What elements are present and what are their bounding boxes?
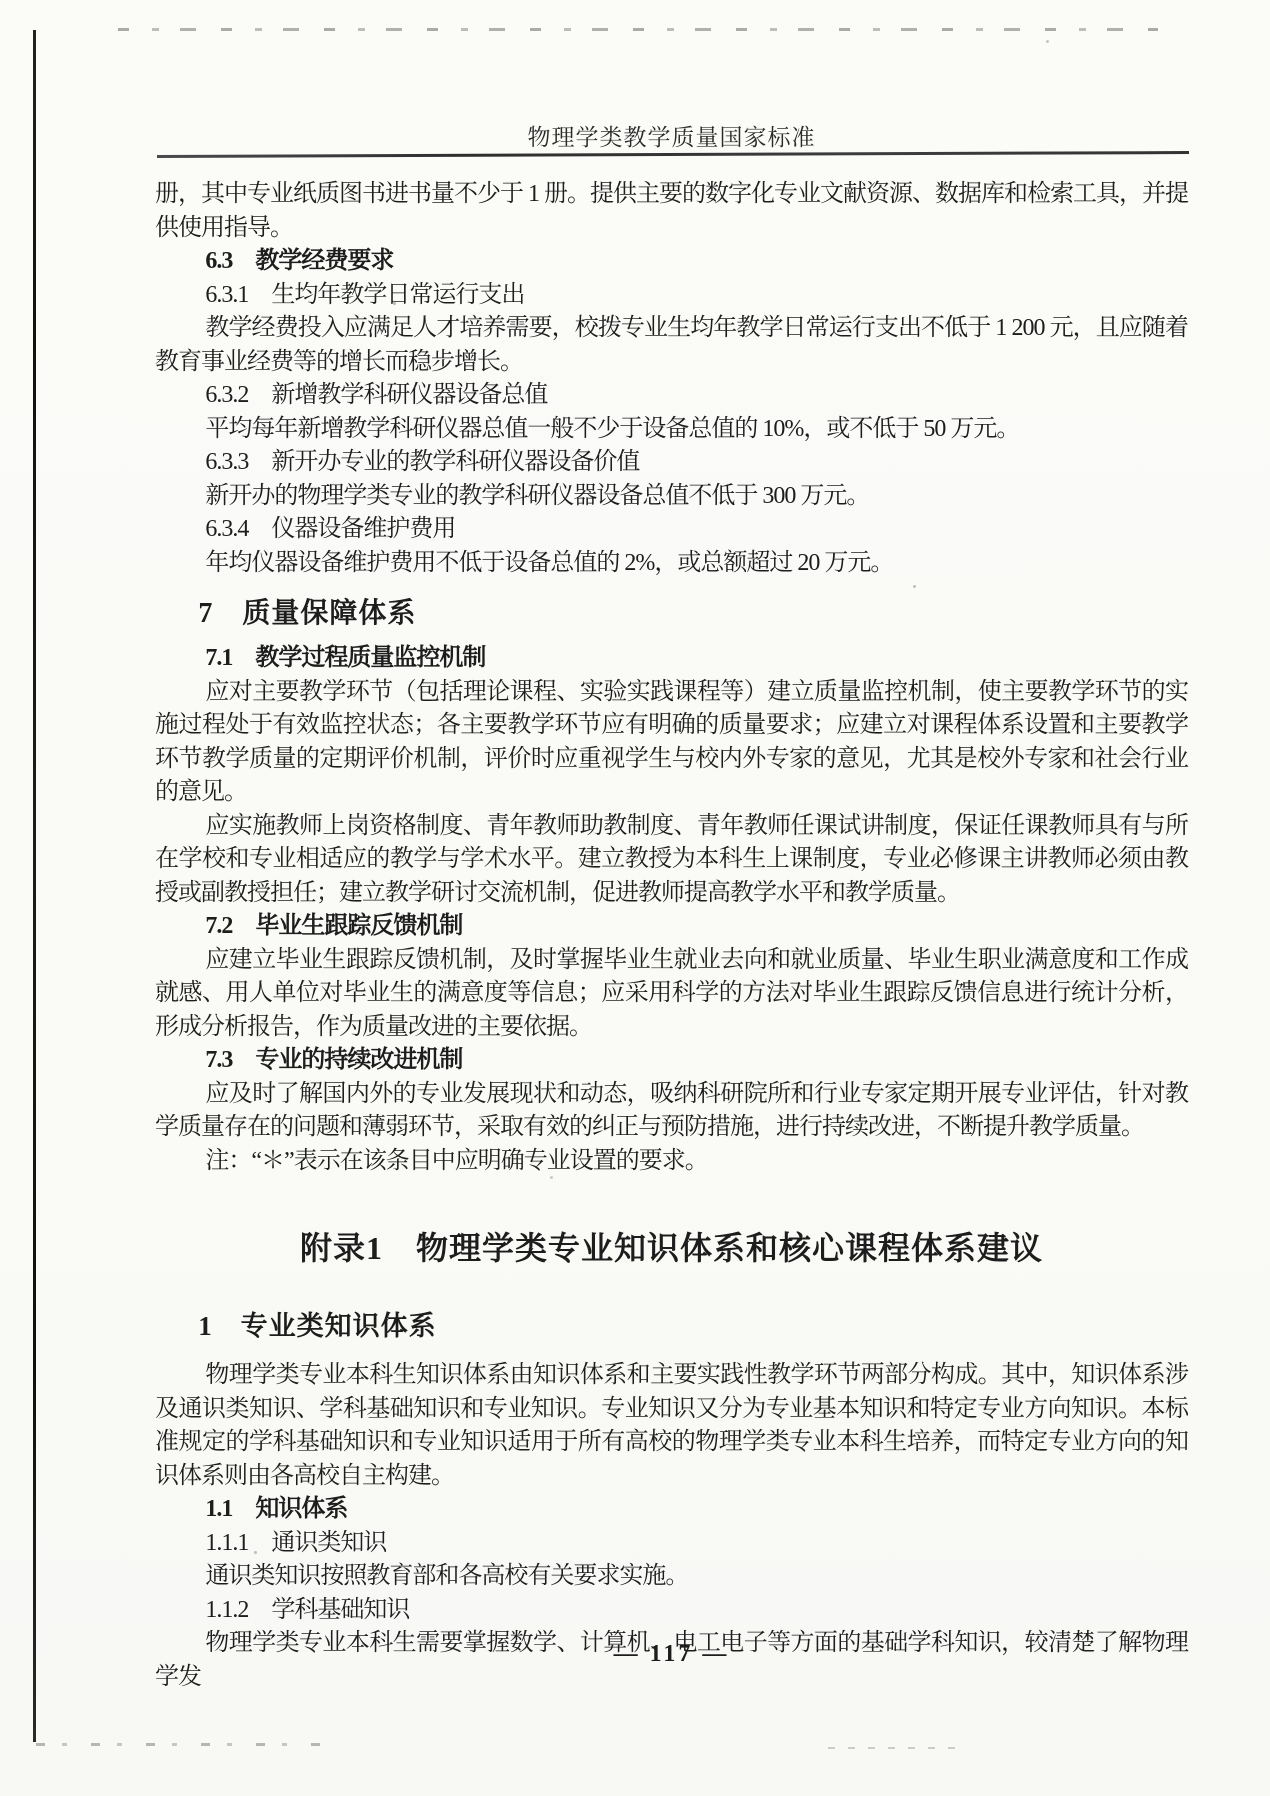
- page-number: — 117 —: [155, 1641, 1188, 1668]
- paragraph-6-3-3: 新开办的物理学类专业的教学科研仪器设备总值不低于 300 万元。: [155, 480, 1188, 514]
- heading-6-3-2: 6.3.2 新增教学科研仪器设备总值: [155, 379, 1188, 413]
- paragraph-7-1-a: 应对主要教学环节（包括理论课程、实验实践课程等）建立质量监控机制，使主要教学环节…: [155, 676, 1188, 810]
- scan-bottom-dotted-mark-right: [828, 1747, 963, 1749]
- document-body: 册，其中专业纸质图书进书量不少于 1 册。提供主要的数字化专业文献资源、数据库和…: [155, 178, 1188, 1694]
- paragraph-7-2: 应建立毕业生跟踪反馈机制，及时掌握毕业生就业去向和就业质量、毕业生职业满意度和工…: [155, 944, 1188, 1045]
- header-rule: [157, 151, 1189, 158]
- heading-7-3: 7.3 专业的持续改进机制: [155, 1044, 1188, 1078]
- paragraph-6-3-4: 年均仪器设备维护费用不低于设备总值的 2%，或总额超过 20 万元。: [155, 547, 1188, 581]
- heading-1-1-1: 1.1.1 通识类知识: [155, 1527, 1188, 1561]
- scan-edge-line: [33, 30, 36, 1742]
- heading-6-3: 6.3 教学经费要求: [155, 245, 1188, 279]
- scan-bottom-dotted-mark-left: [36, 1743, 326, 1746]
- running-header: 物理学类教学质量国家标准: [155, 119, 1188, 152]
- heading-7-1: 7.1 教学过程质量监控机制: [155, 642, 1188, 676]
- heading-1-1-2: 1.1.2 学科基础知识: [155, 1594, 1188, 1628]
- paragraph-1: 物理学类专业本科生知识体系由知识体系和主要实践性教学环节两部分构成。其中，知识体…: [155, 1359, 1188, 1493]
- paragraph-6-3-1: 教学经费投入应满足人才培养需要，校拨专业生均年教学日常运行支出不低于 1 200…: [155, 312, 1188, 379]
- heading-6-3-1: 6.3.1 生均年教学日常运行支出: [155, 279, 1188, 313]
- chapter-heading-1: 1 专业类知识体系: [155, 1308, 1188, 1344]
- heading-6-3-3: 6.3.3 新开办专业的教学科研仪器设备价值: [155, 446, 1188, 480]
- paragraph-7-3: 应及时了解国内外的专业发展现状和动态，吸纳科研院所和行业专家定期开展专业评估，针…: [155, 1078, 1188, 1145]
- heading-6-3-4: 6.3.4 仪器设备维护费用: [155, 513, 1188, 547]
- paragraph-7-1-b: 应实施教师上岗资格制度、青年教师助教制度、青年教师任课试讲制度，保证任课教师具有…: [155, 810, 1188, 911]
- paragraph-1-1-1: 通识类知识按照教育部和各高校有关要求实施。: [155, 1560, 1188, 1594]
- scanned-page: 物理学类教学质量国家标准 册，其中专业纸质图书进书量不少于 1 册。提供主要的数…: [0, 0, 1270, 1796]
- paragraph-6-3-2: 平均每年新增教学科研仪器总值一般不少于设备总值的 10%，或不低于 50 万元。: [155, 413, 1188, 447]
- scan-top-dotted-line: [118, 28, 1158, 31]
- appendix-title: 附录1 物理学类专业知识体系和核心课程体系建议: [155, 1226, 1188, 1270]
- paragraph-continued: 册，其中专业纸质图书进书量不少于 1 册。提供主要的数字化专业文献资源、数据库和…: [155, 178, 1188, 245]
- heading-7-2: 7.2 毕业生跟踪反馈机制: [155, 910, 1188, 944]
- heading-1-1: 1.1 知识体系: [155, 1493, 1188, 1527]
- chapter-heading-7: 7 质量保障体系: [155, 596, 1188, 632]
- note-line: 注：“＊”表示在该条目中应明确专业设置的要求。: [155, 1145, 1188, 1179]
